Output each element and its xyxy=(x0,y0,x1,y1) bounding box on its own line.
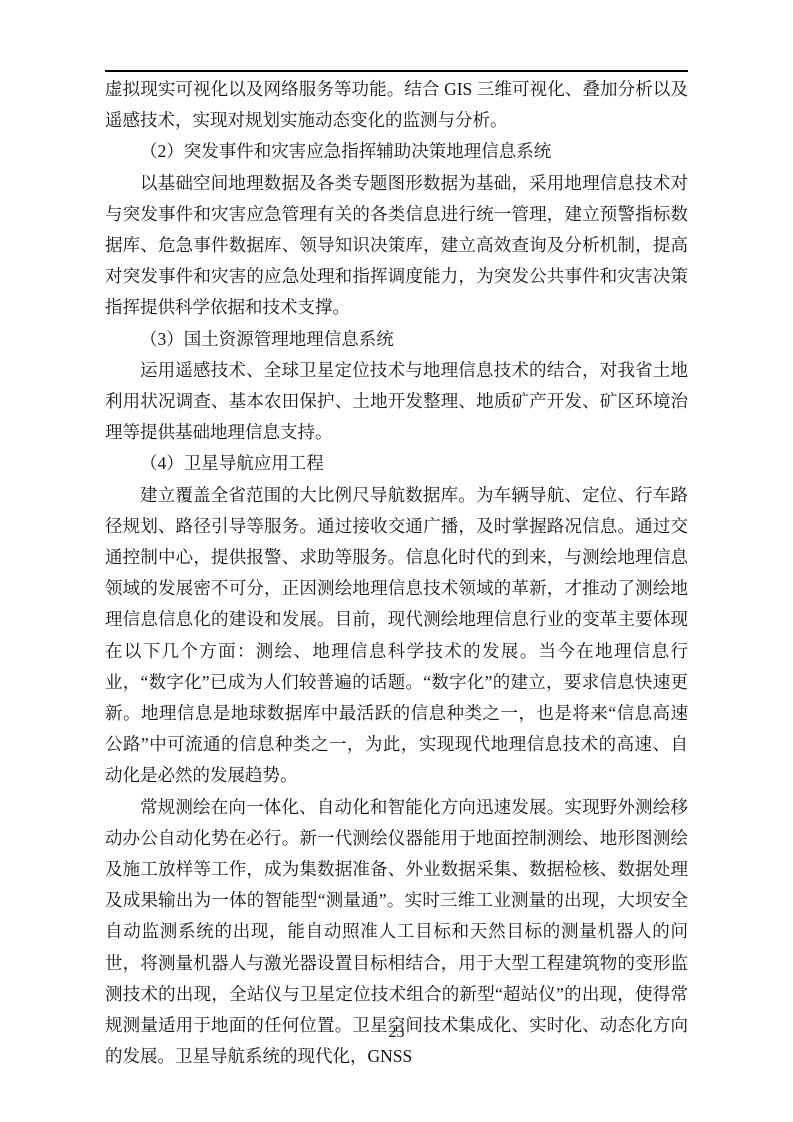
page-footer: 23 xyxy=(0,1024,793,1042)
document-body: 虚拟现实可视化以及网络服务等功能。结合 GIS 三维可视化、叠加分析以及遥感技术… xyxy=(105,74,688,1073)
document-page: 虚拟现实可视化以及网络服务等功能。结合 GIS 三维可视化、叠加分析以及遥感技术… xyxy=(0,0,793,1122)
section-heading: （4）卫星导航应用工程 xyxy=(105,448,688,479)
page-number: 23 xyxy=(389,1024,405,1041)
section-heading: （3）国土资源管理地理信息系统 xyxy=(105,324,688,355)
header-rule xyxy=(105,70,688,72)
paragraph: 以基础空间地理数据及各类专题图形数据为基础，采用地理信息技术对与突发事件和灾害应… xyxy=(105,168,688,324)
paragraph: 建立覆盖全省范围的大比例尺导航数据库。为车辆导航、定位、行车路径规划、路径引导等… xyxy=(105,480,688,792)
paragraph: 运用遥感技术、全球卫星定位技术与地理信息技术的结合，对我省土地利用状况调查、基本… xyxy=(105,355,688,449)
section-heading: （2）突发事件和灾害应急指挥辅助决策地理信息系统 xyxy=(105,136,688,167)
paragraph: 虚拟现实可视化以及网络服务等功能。结合 GIS 三维可视化、叠加分析以及遥感技术… xyxy=(105,74,688,136)
